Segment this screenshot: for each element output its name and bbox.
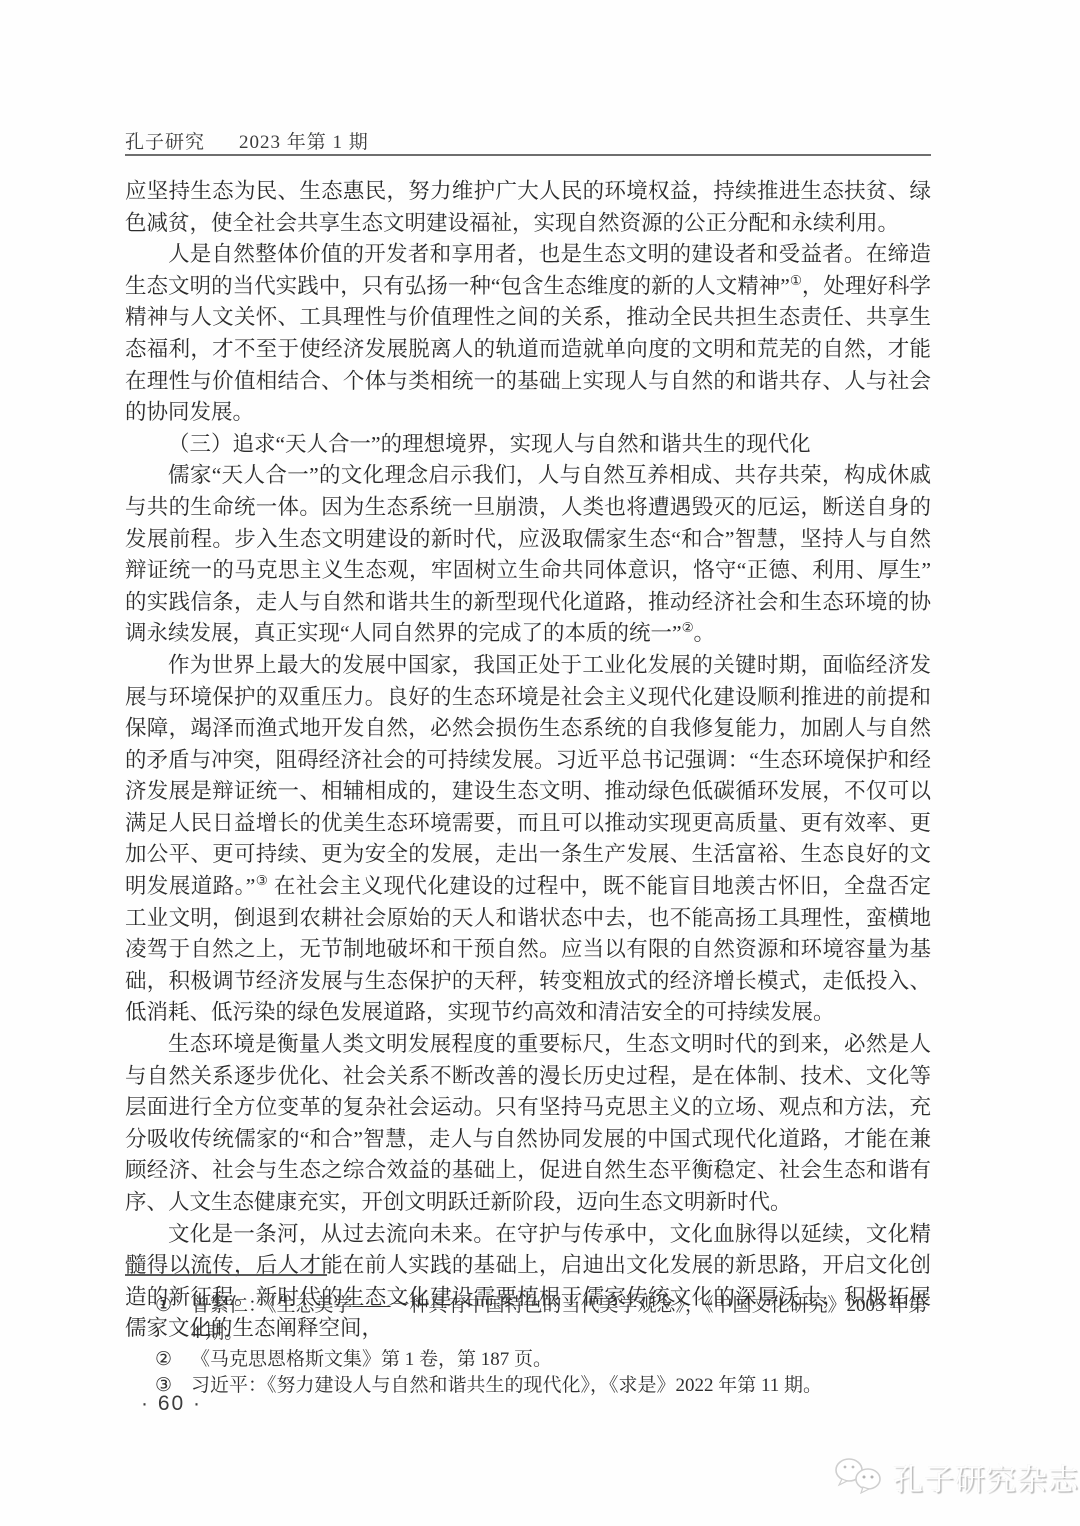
paragraph-text: （三）追求“天人合一”的理想境界，实现人与自然和谐共生的现代化 [168, 432, 811, 456]
footnote: ③习近平：《努力建设人与自然和谐共生的现代化》，《求是》2022 年第 11 期… [155, 1373, 939, 1400]
section-heading: （三）追求“天人合一”的理想境界，实现人与自然和谐共生的现代化 [125, 429, 931, 461]
footnote-ref: ① [790, 273, 802, 288]
article-body: 应坚持生态为民、生态惠民，努力维护广大人民的环境权益，持续推进生态扶贫、绿色减贫… [125, 176, 931, 1345]
footnote-marker: ① [155, 1293, 191, 1347]
journal-issue: 2023 年第 1 期 [239, 132, 369, 153]
footnote-text: 习近平：《努力建设人与自然和谐共生的现代化》，《求是》2022 年第 11 期。 [191, 1373, 939, 1400]
journal-page: 孔子研究2023 年第 1 期 应坚持生态为民、生态惠民，努力维护广大人民的环境… [0, 0, 1080, 1526]
footnote-marker: ② [155, 1347, 191, 1374]
watermark: 孔子研究杂志 [834, 1455, 1079, 1499]
footnotes: ①曾繁仁：《生态美学——一种具有中国特色的当代美学观念》，《中国文化研究》200… [155, 1293, 939, 1400]
paragraph: 儒家“天人合一”的文化理念启示我们，人与自然互养相成、共存共荣，构成休戚与共的生… [125, 460, 931, 650]
footnote-separator [125, 1274, 327, 1276]
footnote-ref: ③ [255, 873, 268, 888]
paragraph: 作为世界上最大的发展中国家，我国正处于工业化发展的关键时期，面临经济发展与环境保… [125, 650, 931, 1029]
footnote: ①曾繁仁：《生态美学——一种具有中国特色的当代美学观念》，《中国文化研究》200… [155, 1293, 939, 1347]
paragraph: 应坚持生态为民、生态惠民，努力维护广大人民的环境权益，持续推进生态扶贫、绿色减贫… [125, 176, 931, 239]
watermark-label: 孔子研究杂志 [893, 1455, 1079, 1499]
footnote-text: 曾繁仁：《生态美学——一种具有中国特色的当代美学观念》，《中国文化研究》2005… [191, 1293, 939, 1347]
paragraph-text: 作为世界上最大的发展中国家，我国正处于工业化发展的关键时期，面临经济发展与环境保… [125, 653, 931, 898]
footnote-text: 《马克思恩格斯文集》第 1 卷，第 187 页。 [191, 1347, 939, 1374]
paragraph-text: 儒家“天人合一”的文化理念启示我们，人与自然互养相成、共存共荣，构成休戚与共的生… [125, 463, 931, 645]
paragraph-text: 应坚持生态为民、生态惠民，努力维护广大人民的环境权益，持续推进生态扶贫、绿色减贫… [125, 179, 931, 235]
paragraph-text: 。 [694, 621, 716, 645]
paragraph: 人是自然整体价值的开发者和享用者，也是生态文明的建设者和受益者。在缔造生态文明的… [125, 239, 931, 429]
page-number: · 60 · [141, 1392, 202, 1416]
footnote: ②《马克思恩格斯文集》第 1 卷，第 187 页。 [155, 1347, 939, 1374]
journal-title: 孔子研究 [125, 132, 205, 153]
paragraph-text: 生态环境是衡量人类文明发展程度的重要标尺，生态文明时代的到来，必然是人与自然关系… [125, 1032, 931, 1214]
footnote-ref: ② [682, 620, 694, 635]
paragraph: 生态环境是衡量人类文明发展程度的重要标尺，生态文明时代的到来，必然是人与自然关系… [125, 1029, 931, 1219]
header-rule [125, 154, 931, 156]
running-head: 孔子研究2023 年第 1 期 [125, 127, 931, 154]
wechat-icon [834, 1456, 886, 1498]
